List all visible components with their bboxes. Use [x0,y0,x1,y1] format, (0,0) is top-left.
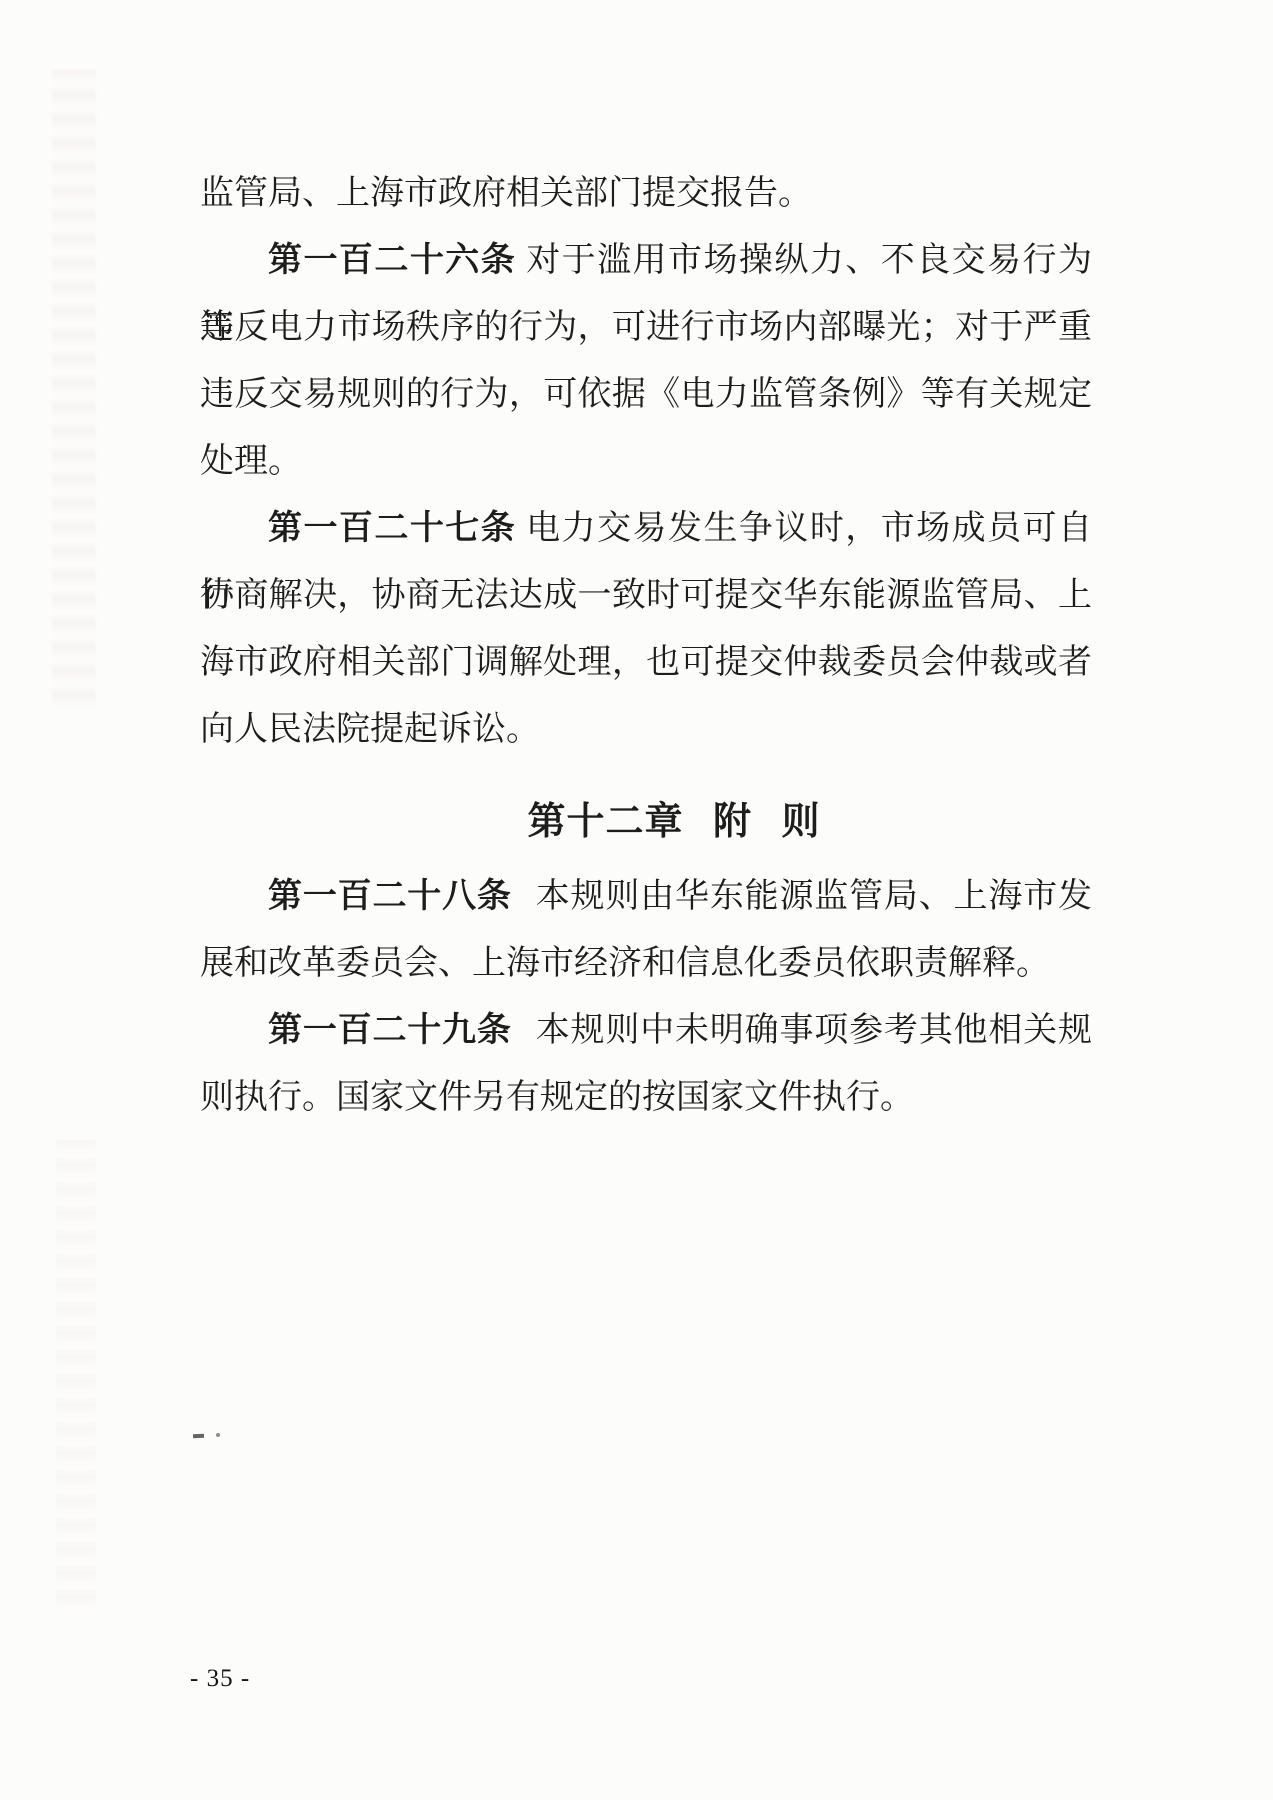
body-text: 违反电力市场秩序的行为，可进行市场内部曝光；对于严重 [200,309,1092,346]
text-line: 第一百二十八条本规则由华东能源监管局、上海市发 [200,863,1092,930]
article-number: 第一百二十八条 [268,878,512,915]
text-block: 监管局、上海市政府相关部门提交报告。 第一百二十六条对于滥用市场操纵力、不良交易… [200,160,1092,1131]
body-text: 本规则由华东能源监管局、上海市发 [536,878,1092,915]
text-line: 违反电力市场秩序的行为，可进行市场内部曝光；对于严重 [200,294,1092,361]
body-text: 协商解决，协商无法达成一致时可提交华东能源监管局、上 [200,577,1092,614]
body-text: 向人民法院提起诉讼。 [200,711,540,748]
text-line: 处理。 [200,428,1092,495]
body-text: 监管局、上海市政府相关部门提交报告。 [200,175,812,212]
text-line: 第一百二十九条本规则中未明确事项参考其他相关规 [200,997,1092,1064]
body-text: 展和改革委员会、上海市经济和信息化委员依职责解释。 [200,945,1050,982]
body-text: 海市政府相关部门调解处理，也可提交仲裁委员会仲裁或者 [200,644,1092,681]
scan-artifact [193,1434,204,1439]
body-text: 处理。 [200,443,302,480]
scan-artifact [56,1140,96,1610]
document-page: 监管局、上海市政府相关部门提交报告。 第一百二十六条对于滥用市场操纵力、不良交易… [0,0,1273,1800]
body-text: 违反交易规则的行为，可依据《电力监管条例》等有关规定 [200,376,1092,413]
text-line: 违反交易规则的行为，可依据《电力监管条例》等有关规定 [200,361,1092,428]
scan-artifact [216,1433,220,1437]
text-line: 向人民法院提起诉讼。 [200,696,1092,763]
scan-artifact [52,70,96,710]
page-number: - 35 - [190,1664,250,1694]
article-number: 第一百二十七条 [268,510,516,547]
body-text: 则执行。国家文件另有规定的按国家文件执行。 [200,1079,914,1116]
article-number: 第一百二十九条 [268,1012,512,1049]
text-line: 海市政府相关部门调解处理，也可提交仲裁委员会仲裁或者 [200,629,1092,696]
text-line: 第一百二十六条对于滥用市场操纵力、不良交易行为等 [200,227,1092,294]
body-text: 本规则中未明确事项参考其他相关规 [536,1012,1092,1049]
chapter-heading: 第十二章 附 则 [228,789,1120,856]
article-number: 第一百二十六条 [268,242,516,279]
text-line: 第一百二十七条电力交易发生争议时，市场成员可自行 [200,495,1092,562]
text-line: 监管局、上海市政府相关部门提交报告。 [200,160,1092,227]
text-line: 协商解决，协商无法达成一致时可提交华东能源监管局、上 [200,562,1092,629]
text-line: 则执行。国家文件另有规定的按国家文件执行。 [200,1064,1092,1131]
text-line: 展和改革委员会、上海市经济和信息化委员依职责解释。 [200,930,1092,997]
